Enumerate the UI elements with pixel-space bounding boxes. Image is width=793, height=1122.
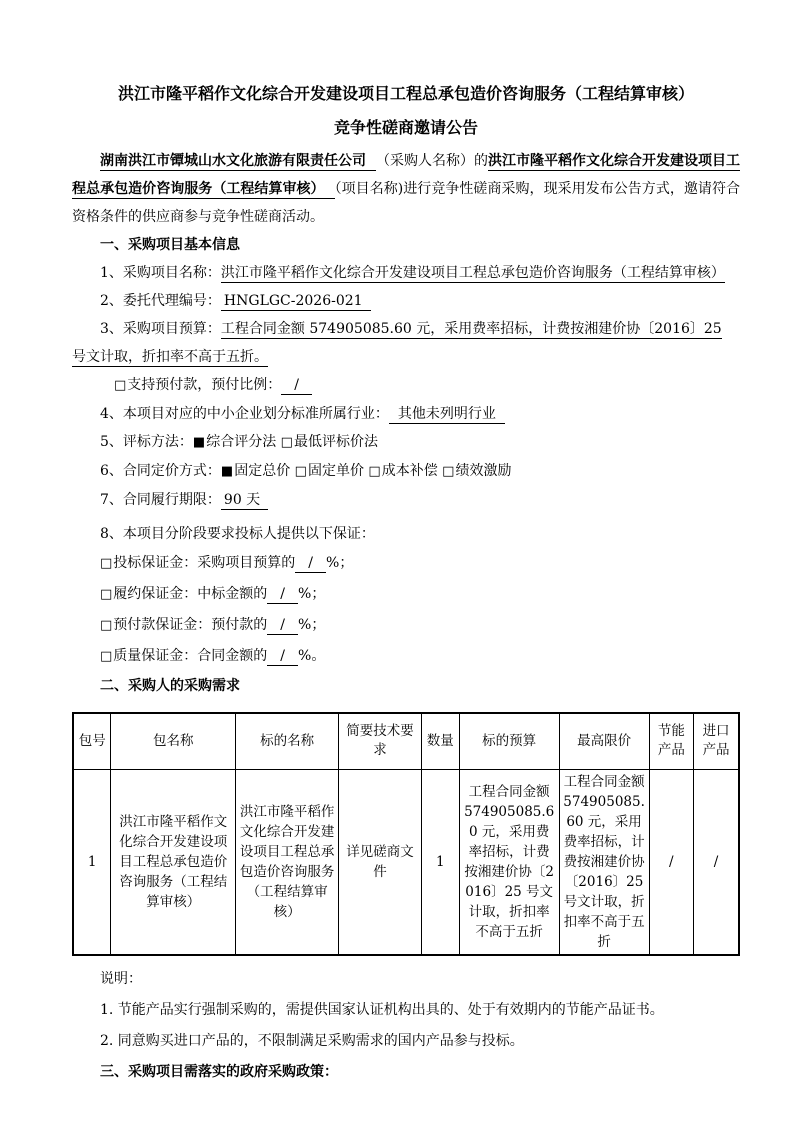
cell-max-price: 工程合同金额 574905085.60 元，采用费率招标，计费按湘建价协〔201… [559,769,649,955]
guarantee-value: / [295,555,326,573]
document-subtitle: 竞争性磋商邀请公告 [72,117,740,139]
checkbox-unchecked-icon: □ [368,464,380,479]
col-header-subject-budget: 标的预算 [459,713,559,769]
col-header-max-price: 最高限价 [559,713,649,769]
cell-import-product: / [694,769,739,955]
checkbox-unchecked-icon: □ [295,464,307,479]
item-prepayment: □支持预付款，预付比例：/ [72,371,740,400]
buyer-name: 湖南洪江市镡城山水文化旅游有限责任公司 [100,153,376,171]
option-label: 绩效激励 [455,463,511,479]
option-label: 最低评标价法 [294,434,378,450]
option-comprehensive-scoring: ■综合评分法 [193,434,276,450]
guarantee-value: / [267,586,298,604]
item5-label: 5、评标方法： [100,434,193,450]
option-label: 成本补偿 [382,463,438,479]
guarantee-label: 质量保证金：合同金额的 [113,648,267,664]
item-contract-pricing: 6、合同定价方式：■固定总价 □固定单价 □成本补偿 □绩效激励 [72,457,740,486]
col-header-package-name: 包名称 [111,713,236,769]
item1-label: 1、采购项目名称： [100,265,221,281]
cell-package-name: 洪江市隆平稻作文化综合开发建设项目工程总承包造价咨询服务（工程结算审核） [111,769,236,955]
option-label: 固定单价 [308,463,364,479]
checkbox-checked-icon: ■ [193,435,205,450]
col-header-subject-name: 标的名称 [235,713,338,769]
guarantee-label: 预付款保证金：预付款的 [113,617,267,633]
item-contract-duration: 7、合同履行期限：90 天 [72,486,740,514]
notes-title: 说明： [72,964,740,995]
cell-tech-requirements: 详见磋商文件 [339,769,422,955]
section2-heading: 二、采购人的采购需求 [72,672,740,700]
option-label: 固定总价 [234,463,290,479]
checkbox-unchecked-icon: □ [100,587,112,602]
cell-subject-budget: 工程合同金额 574905085.60 元，采用费率招标，计费按湘建价协〔201… [459,769,559,955]
item7-label: 7、合同履行期限： [100,492,221,508]
table-notes: 说明： 1. 节能产品实行强制采购的，需提供国家认证机构出具的、处于有效期内的节… [72,964,740,1057]
prepay-value: / [281,377,312,395]
item2-label: 2、委托代理编号： [100,293,221,309]
col-header-import-product: 进口产品 [694,713,739,769]
section1-heading: 一、采购项目基本信息 [72,231,740,259]
item-project-budget: 3、采购项目预算：工程合同金额 574905085.60 元，采用费率招标，计费… [72,315,740,371]
item7-value: 90 天 [221,492,268,510]
option-fixed-total-price: ■固定总价 [221,463,290,479]
procurement-requirements-table: 包号 包名称 标的名称 简要技术要求 数量 标的预算 最高限价 节能产品 进口产… [72,712,740,956]
item-evaluation-method: 5、评标方法：■综合评分法 □最低评标价法 [72,428,740,457]
checkbox-unchecked-icon: □ [100,618,112,633]
item-guarantees-heading: 8、本项目分阶段要求投标人提供以下保证： [72,520,740,548]
document-title: 洪江市隆平稻作文化综合开发建设项目工程总承包造价咨询服务（工程结算审核） [72,83,740,105]
guarantee-performance-bond: □履约保证金：中标金额的/%； [72,579,740,610]
guarantee-value: / [267,617,298,635]
guarantee-suffix: %； [298,586,325,602]
cell-quantity: 1 [421,769,459,955]
item4-label: 4、本项目对应的中小企业划分标准所属行业： [100,406,389,422]
item-project-name: 1、采购项目名称：洪江市隆平稻作文化综合开发建设项目工程总承包造价咨询服务（工程… [72,259,740,287]
item6-label: 6、合同定价方式： [100,463,221,479]
checkbox-unchecked-icon: □ [100,556,112,571]
guarantee-suffix: %； [298,617,325,633]
checkbox-unchecked-icon: □ [114,378,126,393]
checkbox-unchecked-icon: □ [442,464,454,479]
guarantee-bid-bond: □投标保证金：采购项目预算的/%； [72,548,740,579]
document-page: 洪江市隆平稻作文化综合开发建设项目工程总承包造价咨询服务（工程结算审核） 竞争性… [0,0,793,1122]
checkbox-unchecked-icon: □ [281,435,293,450]
item1-value: 洪江市隆平稻作文化综合开发建设项目工程总承包造价咨询服务（工程结算审核） [221,265,725,283]
guarantee-label: 履约保证金：中标金额的 [113,586,267,602]
col-header-tech-requirements: 简要技术要求 [339,713,422,769]
prepay-label: 支持预付款，预付比例： [127,377,281,393]
cell-subject-name: 洪江市隆平稻作文化综合开发建设项目工程总承包造价咨询服务（工程结算审核） [235,769,338,955]
guarantee-prepayment-bond: □预付款保证金：预付款的/%； [72,610,740,641]
item-industry-category: 4、本项目对应的中小企业划分标准所属行业：其他未列明行业 [72,400,740,428]
note-energy-products: 1. 节能产品实行强制采购的，需提供国家认证机构出具的、处于有效期内的节能产品证… [72,995,740,1026]
option-label: 综合评分法 [206,434,276,450]
option-performance-incentive: □绩效激励 [442,463,511,479]
guarantee-quality-bond: □质量保证金：合同金额的/%。 [72,641,740,672]
intro-paragraph: 湖南洪江市镡城山水文化旅游有限责任公司（采购人名称）的洪江市隆平稻作文化综合开发… [72,147,740,231]
guarantee-suffix: %。 [298,648,325,664]
item-agency-number: 2、委托代理编号：HNGLGC-2026-021 [72,287,740,315]
item2-value: HNGLGC-2026-021 [221,293,371,311]
checkbox-unchecked-icon: □ [100,649,112,664]
item3-label: 3、采购项目预算： [100,321,221,337]
cell-package-no: 1 [73,769,111,955]
section3-heading: 三、采购项目需落实的政府采购政策： [72,1057,740,1088]
guarantee-suffix: %； [326,555,353,571]
guarantee-value: / [267,648,298,666]
col-header-package-no: 包号 [73,713,111,769]
item4-value: 其他未列明行业 [389,406,505,424]
option-fixed-unit-price: □固定单价 [295,463,364,479]
table-row: 1 洪江市隆平稻作文化综合开发建设项目工程总承包造价咨询服务（工程结算审核） 洪… [73,769,739,955]
note-import-products: 2. 同意购买进口产品的，不限制满足采购需求的国内产品参与投标。 [72,1026,740,1057]
option-lowest-price: □最低评标价法 [281,434,378,450]
table-header-row: 包号 包名称 标的名称 简要技术要求 数量 标的预算 最高限价 节能产品 进口产… [73,713,739,769]
option-cost-compensation: □成本补偿 [368,463,437,479]
cell-energy-product: / [649,769,694,955]
checkbox-checked-icon: ■ [221,464,233,479]
buyer-note: （采购人名称）的 [376,153,488,169]
col-header-energy-product: 节能产品 [649,713,694,769]
guarantee-label: 投标保证金：采购项目预算的 [113,555,295,571]
col-header-quantity: 数量 [421,713,459,769]
